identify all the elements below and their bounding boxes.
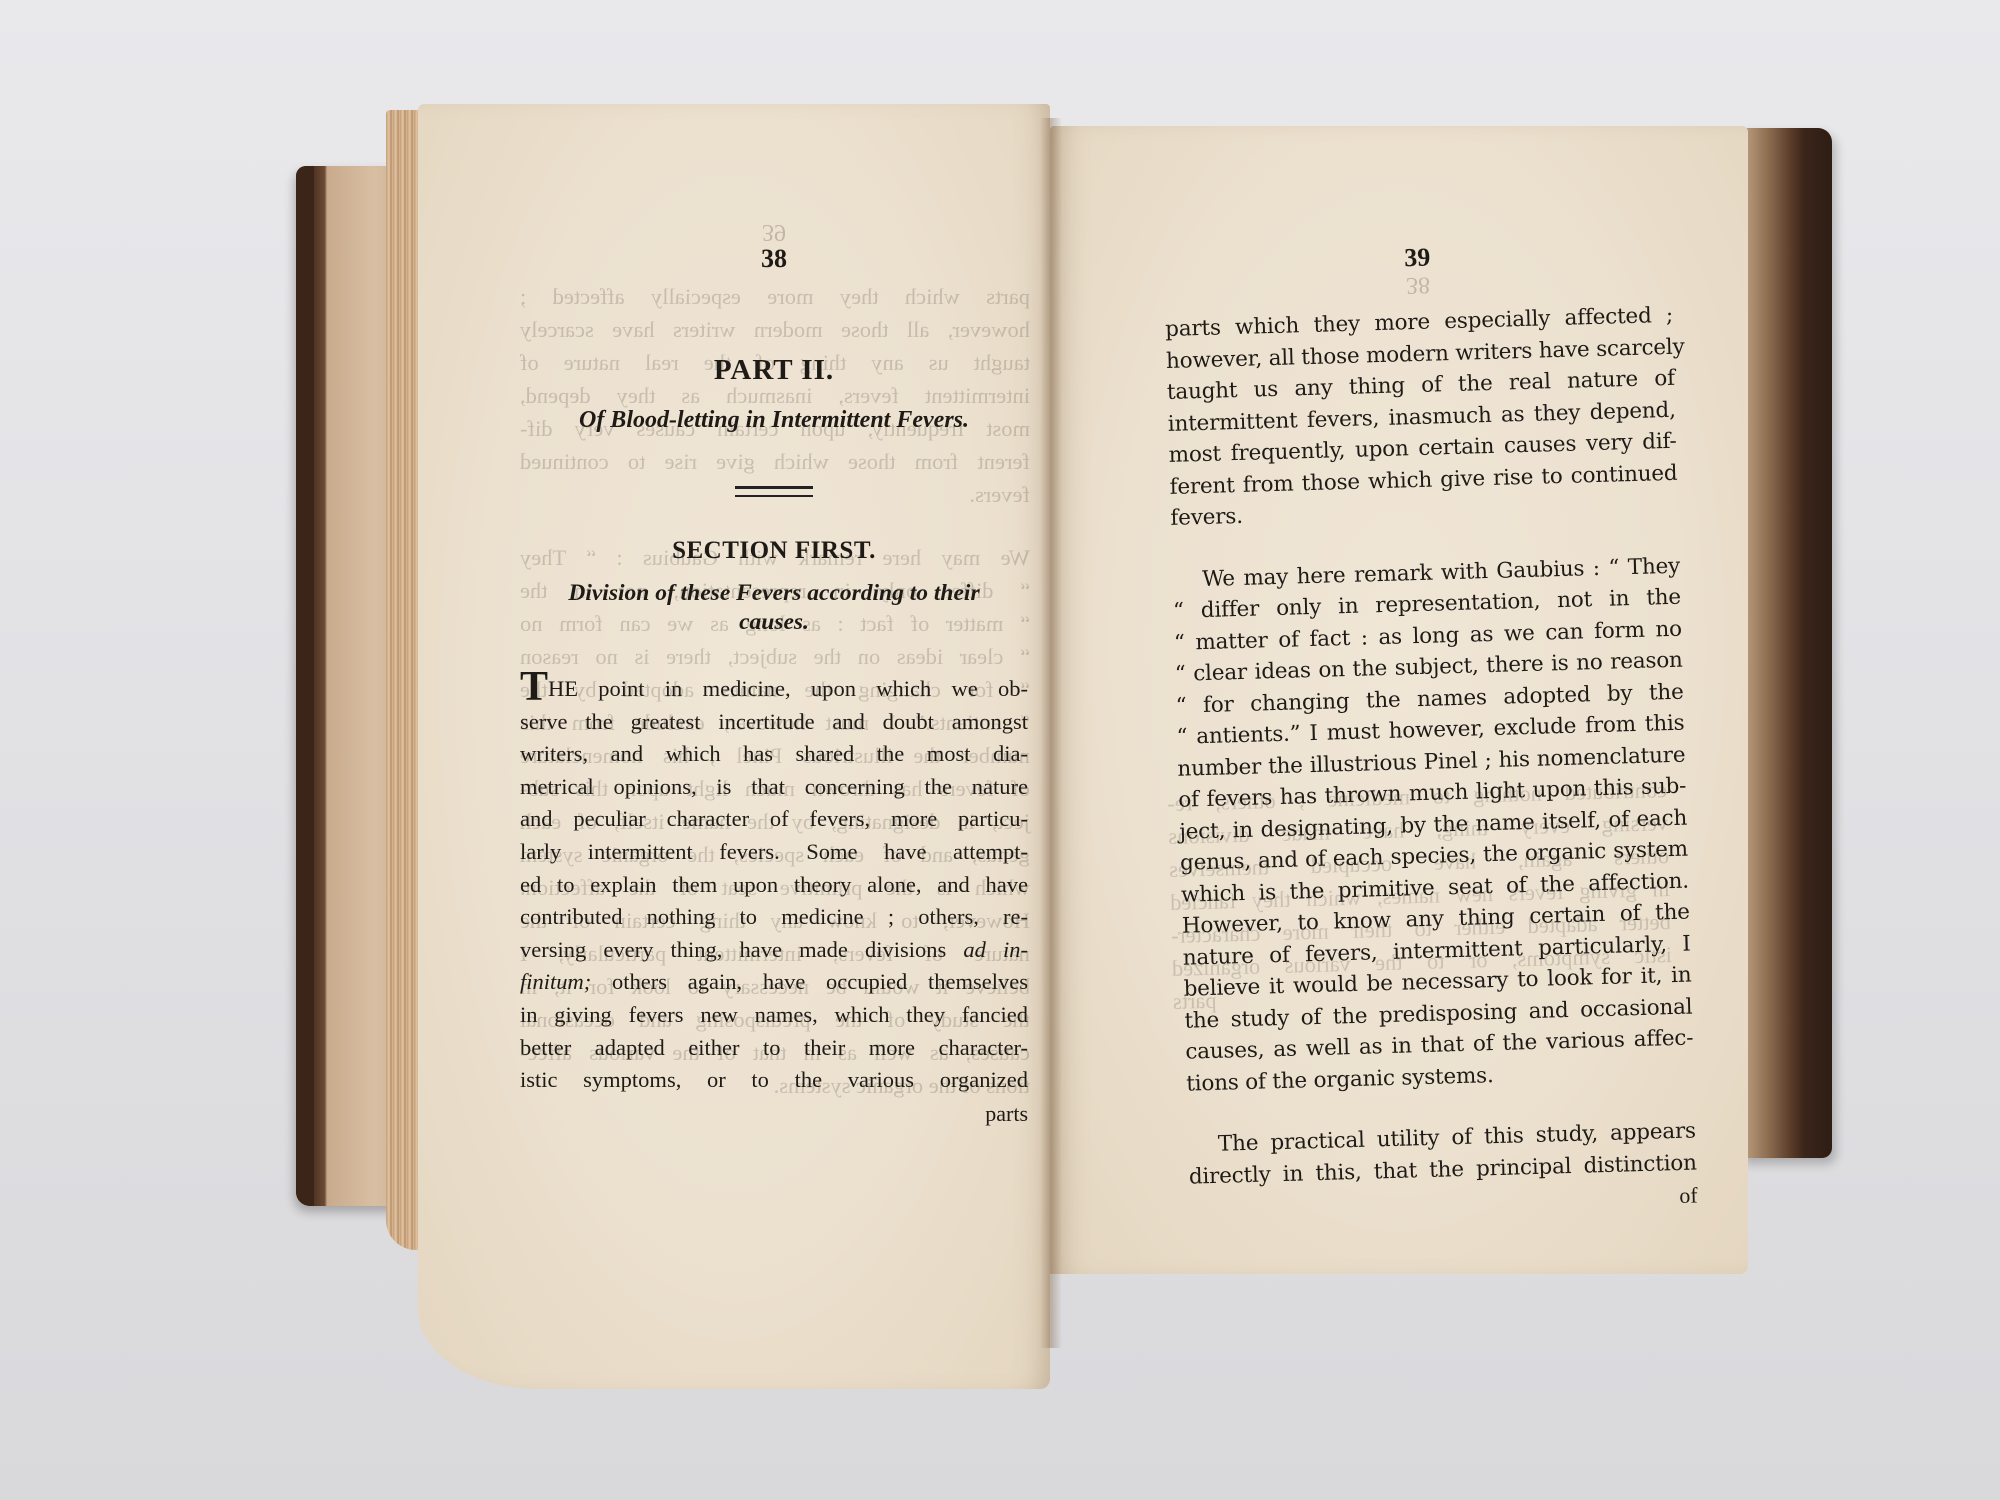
page-number-left: 38 bbox=[520, 244, 1028, 274]
show-through-page-number: 39 bbox=[520, 220, 1028, 244]
part-subtitle: Of Blood-letting in Intermittent Fevers. bbox=[520, 407, 1028, 434]
right-page-paragraph-3: The practical utility of this study, app… bbox=[1188, 1115, 1698, 1192]
drop-cap: T bbox=[520, 664, 548, 710]
right-page-paragraph-1: parts which they more especially affecte… bbox=[1165, 300, 1679, 535]
section-subtitle: Division of these Fevers according to th… bbox=[520, 579, 1028, 637]
right-page-paragraph-2: We may here remark with Gaubius : “ They… bbox=[1172, 550, 1695, 1099]
left-page-text: 39 38 PART II. Of Blood-letting in Inter… bbox=[520, 220, 1028, 1127]
right-cover-binding bbox=[1740, 128, 1832, 1158]
book-photo-scene: parts which they more especially affecte… bbox=[0, 0, 2000, 1500]
double-rule-divider bbox=[735, 486, 813, 497]
right-page-text: 39 38 parts which they more especially a… bbox=[1163, 236, 1698, 1223]
book-gutter bbox=[1040, 118, 1062, 1348]
section-title: SECTION FIRST. bbox=[520, 537, 1028, 565]
left-page-paragraph: THE point in medicine, upon which we ob-… bbox=[520, 673, 1028, 1097]
catchword-left: parts bbox=[520, 1101, 1028, 1127]
part-title: PART II. bbox=[520, 354, 1028, 387]
